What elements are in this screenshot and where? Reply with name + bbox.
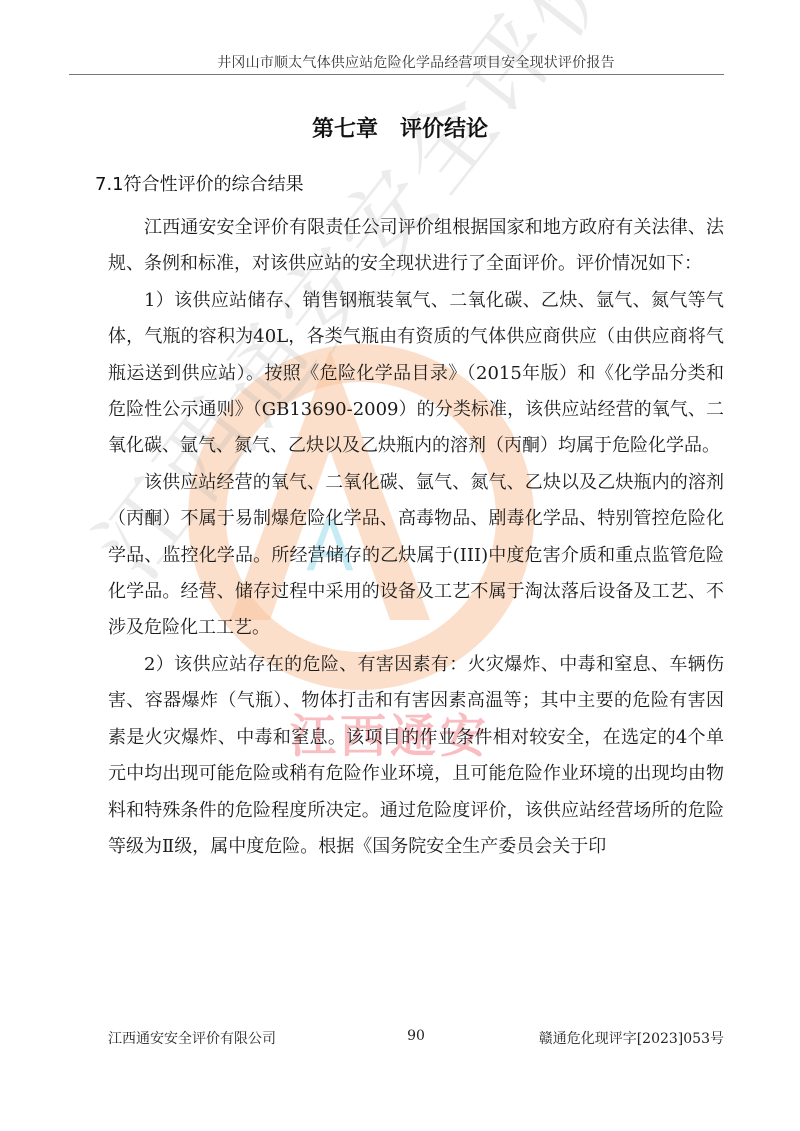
page-header-title: 井冈山市顺太气体供应站危险化学品经营项目安全现状评价报告 <box>108 52 724 72</box>
paragraph-hazard-classification: 该供应站经营的氧气、二氧化碳、氩气、氮气、乙炔以及乙炔瓶内的溶剂（丙酮）不属于易… <box>108 465 724 647</box>
paragraph-item-2: 2）该供应站存在的危险、有害因素有：火灾爆炸、中毒和窒息、车辆伤害、容器爆炸（气… <box>108 647 724 865</box>
footer-document-number: 赣通危化现评字[2023]053号 <box>539 1028 724 1048</box>
paragraph-intro: 江西通安安全评价有限责任公司评价组根据国家和地方政府有关法律、法规、条例和标准，… <box>108 210 724 283</box>
body-text: 江西通安安全评价有限责任公司评价组根据国家和地方政府有关法律、法规、条例和标准，… <box>108 210 724 865</box>
section-heading: 7.1符合性评价的综合结果 <box>95 170 304 196</box>
paragraph-item-1: 1）该供应站储存、销售钢瓶装氧气、二氧化碳、乙炔、氩气、氮气等气体，气瓶的容积为… <box>108 283 724 465</box>
chapter-title: 第七章 评价结论 <box>0 112 800 143</box>
header-divider <box>69 74 724 75</box>
